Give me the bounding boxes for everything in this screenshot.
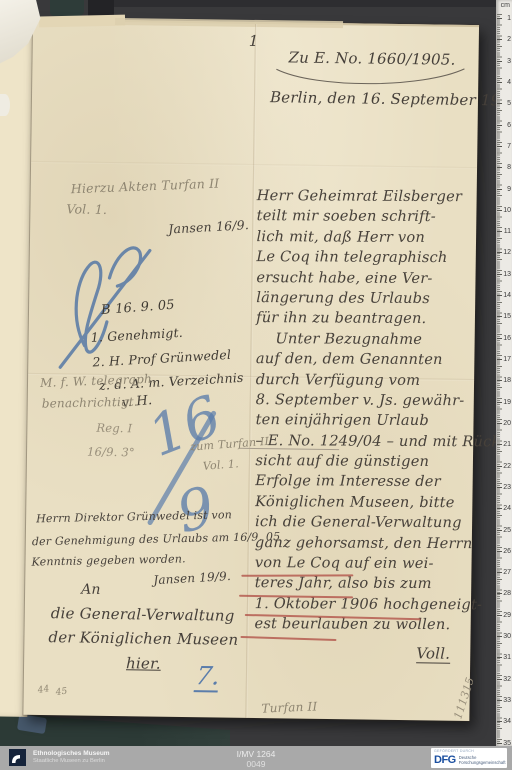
letter-body-line: ersucht habe, eine Ver- xyxy=(256,269,506,291)
letter-body-line: Erfolge im Interesse der xyxy=(255,473,505,495)
registry-note: 16/9. 3° xyxy=(87,445,135,460)
letter-body-line: von Le Coq auf ein wei- xyxy=(255,554,505,576)
letter-body-line: Herr Geheimrat Eilsberger xyxy=(257,187,507,209)
ruler-number: 22 xyxy=(498,463,511,484)
letter-body-line: Le Coq ihn telegraphisch xyxy=(256,248,506,270)
letter-body-line: auf den, dem Genannten xyxy=(256,350,506,372)
letter-body-line: lich mit, daß Herr von xyxy=(256,228,506,250)
ruler-number: 18 xyxy=(498,377,511,398)
ruler-number: 13 xyxy=(498,271,511,292)
clerk-signature-date: Jansen 16/9. xyxy=(168,217,250,236)
ruler-number: 32 xyxy=(498,676,511,697)
letter-body-line: längerung des Urlaubs xyxy=(256,289,506,311)
marginal-decree-line: Kenntnis gegeben worden. xyxy=(31,552,185,568)
blue-date-numerator: 16 xyxy=(140,384,230,470)
ruler-number: 23 xyxy=(498,484,511,505)
digitization-footer-bar: Ethnologisches Museum Staatliche Museen … xyxy=(0,746,512,770)
letter-body-line: durch Verfügung vom xyxy=(256,371,506,393)
letter-body-line: für ihn zu beantragen. xyxy=(256,309,506,331)
dfg-wordmark: DFG xyxy=(434,754,456,766)
ruler-number: 14 xyxy=(498,292,511,313)
ruler-number: 5 xyxy=(498,100,511,121)
ruler-number: 8 xyxy=(498,164,511,185)
ruler-number: 21 xyxy=(498,441,511,462)
pencil-telegram-note: benachrichtigt. xyxy=(42,395,138,411)
ruler-number: 33 xyxy=(498,697,511,718)
ruler-number: 15 xyxy=(498,313,511,334)
letter-body-line: 8. September v. Js. gewähr- xyxy=(256,391,506,413)
letter-body-line: teilt mir soeben schrift- xyxy=(257,207,507,229)
letter-body-line: teres Jahr, also bis zum xyxy=(255,575,505,597)
pencil-filing-note: Hierzu Akten Turfan II xyxy=(71,176,220,197)
ruler-number: 10 xyxy=(498,207,511,228)
cm-ruler: cm 1234567891011121314151617181920212223… xyxy=(496,0,512,746)
pencil-folio: 45 xyxy=(55,687,68,698)
ruler-number: 6 xyxy=(498,122,511,143)
letter-body-line: Unter Bezugnahme xyxy=(256,330,506,352)
ruler-numbers: 1234567891011121314151617181920212223242… xyxy=(498,15,511,761)
torn-paper-edge xyxy=(115,18,343,28)
document-scan: 1 Zu E. No. 1660/1905. Berlin, den 16. S… xyxy=(0,0,512,770)
dfg-name-line2: Forschungsgemeinschaft xyxy=(459,760,506,765)
torn-paper-edge xyxy=(39,15,125,28)
red-underline xyxy=(240,636,336,641)
address-line: An xyxy=(81,582,101,598)
ruler-number: 1 xyxy=(498,15,511,36)
ruler-number: 30 xyxy=(498,633,511,654)
letter-body-line: ich die General-Verwaltung xyxy=(255,513,505,535)
ruler-number: 19 xyxy=(498,399,511,420)
marginal-decree-line: der Genehmigung des Urlaubs am 16/9. 05 xyxy=(32,530,281,548)
letter-body: Herr Geheimrat Eilsbergerteilt mir soebe… xyxy=(254,187,506,637)
ruler-number: 11 xyxy=(498,228,511,249)
ruler-number: 3 xyxy=(498,58,511,79)
registry-note: Reg. I xyxy=(96,421,132,435)
ruler-unit-label: cm xyxy=(501,2,510,9)
scan-viewport: 1 Zu E. No. 1660/1905. Berlin, den 16. S… xyxy=(0,0,512,770)
ruler-number: 31 xyxy=(498,654,511,675)
ruler-number: 28 xyxy=(498,590,511,611)
address-line: der Königlichen Museen xyxy=(48,628,238,649)
ruler-number: 27 xyxy=(498,569,511,590)
ruler-number: 20 xyxy=(498,420,511,441)
pencil-vertical-number: 111315 xyxy=(451,676,477,721)
letter-body-line: – E. No. 1249/04 – und mit Rück- xyxy=(255,432,505,454)
ruler-number: 34 xyxy=(498,718,511,739)
pencil-turfan-note: Vol. 1. xyxy=(202,457,239,473)
signature: Voll. xyxy=(416,644,450,663)
address-line: hier. xyxy=(126,654,161,672)
address-line: die General-Verwaltung xyxy=(51,604,235,625)
ruler-number: 25 xyxy=(498,527,511,548)
pencil-folio: 44 xyxy=(37,684,50,696)
letter-body-line: ten einjährigen Urlaub xyxy=(256,411,506,433)
letter-page: 1 Zu E. No. 1660/1905. Berlin, den 16. S… xyxy=(23,19,479,721)
letter-body-line: sicht auf die günstigen xyxy=(255,452,505,474)
red-underline xyxy=(241,574,353,576)
page-number-mark: 1 xyxy=(249,32,259,50)
ruler-number: 12 xyxy=(498,249,511,270)
ruler-number: 17 xyxy=(498,356,511,377)
dfg-logo: GEFÖRDERT DURCH DFG Deutsche Forschungsg… xyxy=(431,748,507,768)
ruler-number: 2 xyxy=(498,36,511,57)
blue-date-denominator: 9 xyxy=(171,475,221,540)
ruler-number: 7 xyxy=(498,143,511,164)
ruler-number: 9 xyxy=(498,186,511,207)
dateline: Berlin, den 16. September 1905. xyxy=(270,88,512,110)
loose-paper-edge xyxy=(0,94,10,116)
letter-body-line: Königlichen Museen, bitte xyxy=(255,493,505,515)
blue-folio-number: 7. xyxy=(194,661,223,692)
ruler-number: 29 xyxy=(498,612,511,633)
ruler-number: 16 xyxy=(498,335,511,356)
letter-body-line: ganz gehorsamst, den Herrn xyxy=(255,534,505,556)
dfg-full-name: Deutsche Forschungsgemeinschaft xyxy=(459,755,506,765)
clerk-signature-date: Jansen 19/9. xyxy=(153,569,231,587)
ruler-number: 24 xyxy=(498,505,511,526)
ruler-number: 4 xyxy=(498,79,511,100)
pencil-turfan-bottom: Turfan II xyxy=(261,699,317,715)
ruler-number: 26 xyxy=(498,548,511,569)
letter-body-line: 1. Oktober 1906 hochgeneigt- xyxy=(255,595,505,617)
pencil-filing-note: Vol. 1. xyxy=(66,201,107,217)
